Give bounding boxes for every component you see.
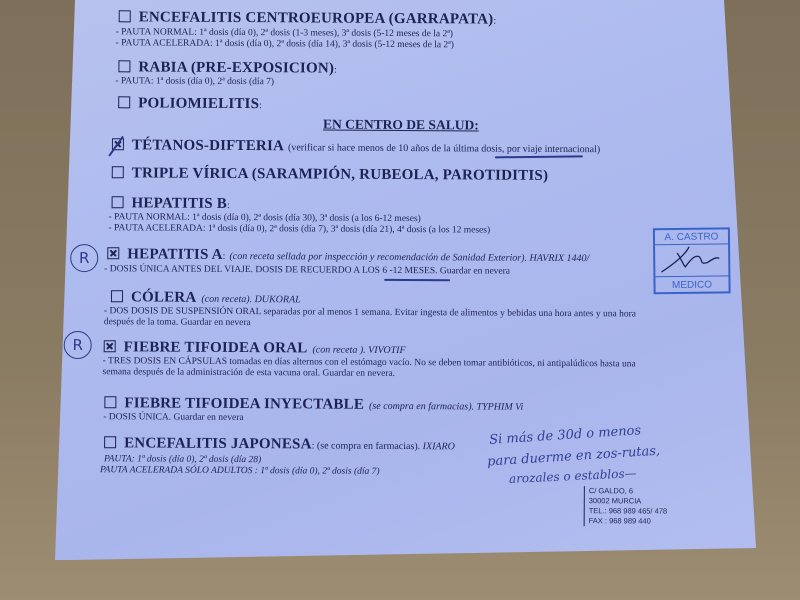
item-title: POLIOMIELITIS [138, 95, 259, 112]
stamp-name: A. CASTRO [655, 231, 728, 243]
checkbox-fiebre-tifoidea-inyectable[interactable] [104, 396, 116, 408]
item-line: - DOSIS ÚNICA. Guardar en nevera [103, 412, 243, 424]
item-title: ENCEFALITIS CENTROEUROPEA (GARRAPATA) [139, 9, 494, 27]
item-line: - DOSIS ÚNICA ANTES DEL VIAJE. DOSIS DE … [104, 264, 510, 278]
vaccine-form: ENCEFALITIS CENTROEUROPEA (GARRAPATA): -… [0, 0, 800, 600]
item-triple-virica: TRIPLE VÍRICA (SARAMPIÓN, RUBEOLA, PAROT… [112, 164, 549, 185]
item-hepatitis-b: HEPATITIS B: [112, 194, 230, 213]
item-hepatitis-a: HEPATITIS A:(con receta sellada por insp… [107, 245, 589, 266]
item-title: TÉTANOS-DIFTERIA [132, 137, 284, 154]
item-note: (con receta sellada por inspección y rec… [229, 251, 589, 264]
checkbox-rabia[interactable] [118, 60, 130, 72]
address-fax: FAX : 968 989 440 [589, 516, 667, 526]
checkbox-hepatitis-a[interactable] [107, 247, 119, 259]
item-colera: CÓLERA(con receta). DUKORAL [111, 288, 301, 307]
item-note: (con receta ). VIVOTIF [312, 344, 405, 356]
item-note: (con receta). DUKORAL [201, 294, 300, 306]
item-line: - PAUTA: 1ª dosis (día 0), 2ª dosis (día… [115, 76, 274, 88]
checkbox-hepatitis-b[interactable] [112, 196, 124, 208]
checkbox-poliomielitis[interactable] [118, 96, 130, 108]
address-line: C/ GALDO, 6 [589, 486, 667, 496]
item-encefalitis-japonesa: ENCEFALITIS JAPONESA: (se compra en farm… [104, 434, 455, 454]
clinic-address: C/ GALDO, 6 30002 MURCIA TEL.: 968 989 4… [584, 486, 668, 527]
item-title: FIEBRE TIFOIDEA INYECTABLE [124, 395, 364, 412]
item-rabia: RABIA (PRE-EXPOSICION): [118, 58, 337, 77]
item-title: CÓLERA [131, 289, 196, 305]
item-title: HEPATITIS A [127, 246, 223, 263]
address-phone: TEL.: 968 989 465/ 478 [589, 506, 667, 516]
item-fiebre-tifoidea-oral: FIEBRE TIFOIDEA ORAL(con receta ). VIVOT… [104, 338, 406, 358]
item-title: FIEBRE TIFOIDEA ORAL [124, 339, 308, 356]
item-title: HEPATITIS B [132, 195, 228, 212]
item-title: TRIPLE VÍRICA (SARAMPIÓN, RUBEOLA, PAROT… [132, 165, 548, 184]
checkbox-triple-virica[interactable] [112, 166, 124, 178]
doctor-stamp: A. CASTRO MEDICO [653, 227, 731, 294]
checkbox-fiebre-tifoidea-oral[interactable] [104, 340, 116, 352]
stamp-role: MEDICO [655, 279, 728, 291]
checkbox-colera[interactable] [111, 290, 123, 302]
stamp-signature-area [655, 243, 728, 277]
item-note: (se compra en farmacias). TYPHIM Vi [369, 401, 523, 413]
margin-circle-r: R [70, 244, 98, 272]
item-line: PAUTA ACELERADA SÓLO ADULTOS : 1ª dosis … [100, 465, 380, 478]
item-poliomielitis: POLIOMIELITIS: [118, 94, 262, 113]
signature-icon [655, 244, 728, 275]
pen-underline [495, 155, 583, 158]
pen-underline [384, 279, 450, 281]
section-header-centro-salud: EN CENTRO DE SALUD: [323, 117, 479, 134]
item-note: IXIARO [423, 441, 455, 452]
item-line: semana después de la administración de e… [103, 367, 396, 380]
item-title: RABIA (PRE-EXPOSICION) [138, 59, 334, 76]
item-encefalitis-centroeuropea: ENCEFALITIS CENTROEUROPEA (GARRAPATA): [119, 8, 497, 28]
checkbox-encefalitis-centroeuropea[interactable] [119, 10, 131, 22]
item-note: (verificar si hace menos de 10 años de l… [288, 142, 600, 155]
item-title: ENCEFALITIS JAPONESA [124, 435, 312, 452]
item-line: - PAUTA ACELERADA: 1ª dosis (día 0), 2ª … [116, 38, 454, 52]
address-line: 30002 MURCIA [589, 496, 667, 506]
item-line: - PAUTA ACELERADA: 1ª dosis (día 0), 2ª … [108, 223, 490, 237]
margin-circle-r: R [64, 331, 92, 359]
checkbox-encefalitis-japonesa[interactable] [104, 436, 116, 448]
item-line: después de la toma. Guardar en nevera [104, 317, 251, 329]
item-tetanos-difteria: TÉTANOS-DIFTERIA(verificar si hace menos… [112, 136, 600, 157]
